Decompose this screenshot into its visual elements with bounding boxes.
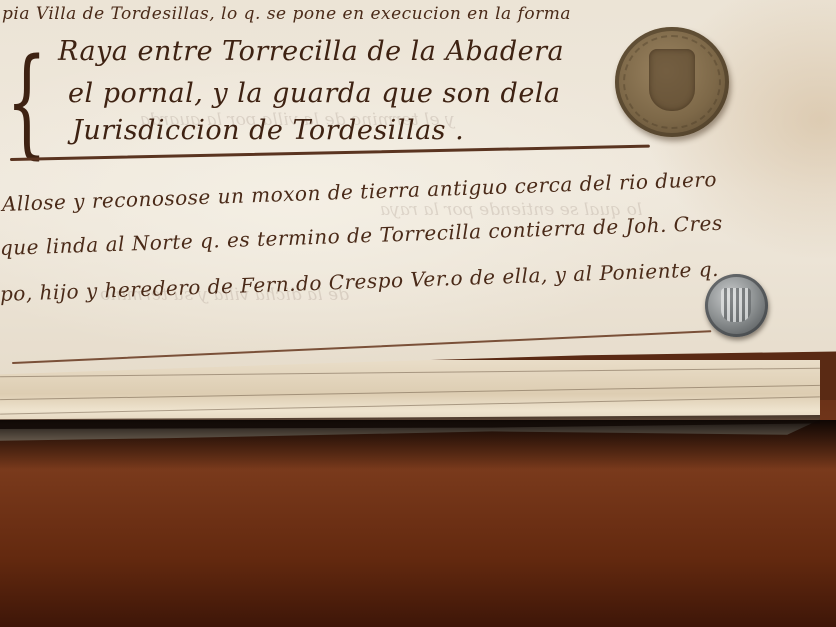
manuscript-heading-line-1: Raya entre Torrecilla de la Abadera — [58, 36, 564, 67]
photo-scene: y el termino de la villa por la guarda l… — [0, 0, 836, 627]
silver-coin — [705, 274, 768, 337]
curly-brace-mark: { — [6, 42, 47, 160]
manuscript-body-line-2: que linda al Norte q. es termino de Torr… — [0, 211, 723, 260]
manuscript-heading-line-2: el pornal, y la guarda que son dela — [68, 78, 561, 109]
manuscript-line-1: pia Villa de Tordesillas, lo q. se pone … — [2, 4, 571, 24]
bronze-coin — [615, 27, 729, 137]
manuscript-page: y el termino de la villa por la guarda l… — [0, 0, 836, 382]
coat-of-arms-icon — [721, 288, 751, 322]
eagle-emblem-icon — [649, 49, 695, 111]
manuscript-heading-line-3: Jurisdiccion de Tordesillas . — [72, 115, 464, 146]
manuscript-body-line-3: po, hijo y heredero de Fern.do Crespo Ve… — [0, 257, 719, 306]
heading-underline — [10, 145, 650, 161]
closing-rule — [12, 330, 711, 364]
book-shadow — [0, 420, 836, 470]
